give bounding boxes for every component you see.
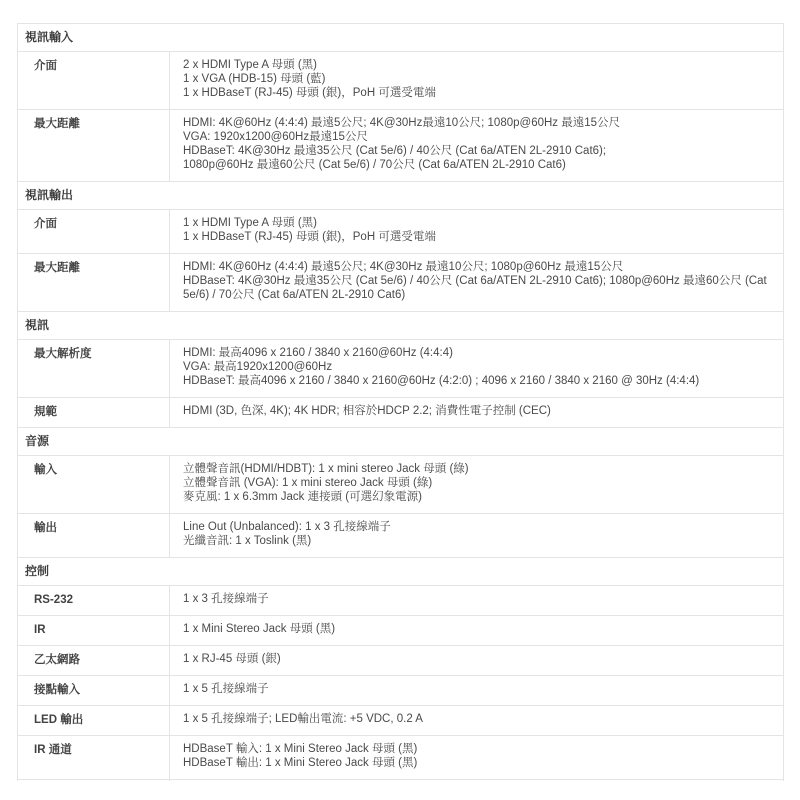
clipped-row-stub-value	[170, 780, 783, 781]
spec-line: 1 x Mini Stereo Jack 母頭 (黑)	[183, 622, 771, 636]
spec-line: 1080p@60Hz 最遠60公尺 (Cat 5e/6) / 70公尺 (Cat…	[183, 158, 771, 172]
spec-line: HDBaseT: 4K@30Hz 最遠35公尺 (Cat 5e/6) / 40公…	[183, 274, 771, 302]
spec-label: 最大距離	[18, 110, 170, 181]
spec-row-video-max-resolution: 最大解析度 HDMI: 最高4096 x 2160 / 3840 x 2160@…	[18, 339, 783, 397]
spec-row-control-rs232: RS-232 1 x 3 孔接線端子	[18, 585, 783, 615]
spec-row-control-ethernet: 乙太網路 1 x RJ-45 母頭 (銀)	[18, 645, 783, 675]
spec-line: HDBaseT: 最高4096 x 2160 / 3840 x 2160@60H…	[183, 374, 771, 388]
spec-value: 1 x 5 孔接線端子	[170, 676, 783, 705]
spec-value: 1 x HDMI Type A 母頭 (黑) 1 x HDBaseT (RJ-4…	[170, 210, 783, 253]
spec-row-control-ir: IR 1 x Mini Stereo Jack 母頭 (黑)	[18, 615, 783, 645]
spec-label: 介面	[18, 210, 170, 253]
section-header-video: 視訊	[18, 311, 783, 339]
spec-row-control-contact-input: 接點輸入 1 x 5 孔接線端子	[18, 675, 783, 705]
clipped-row-stub	[18, 779, 783, 781]
section-header-control: 控制	[18, 557, 783, 585]
spec-line: 麥克風: 1 x 6.3mm Jack 連接頭 (可選幻象電源)	[183, 490, 771, 504]
clipped-row-stub-label	[18, 780, 170, 781]
spec-line: HDMI: 4K@60Hz (4:4:4) 最遠5公尺; 4K@30Hz 最遠1…	[183, 260, 771, 274]
spec-value: 1 x RJ-45 母頭 (銀)	[170, 646, 783, 675]
spec-label: IR 通道	[18, 736, 170, 779]
spec-row-control-led-output: LED 輸出 1 x 5 孔接線端子; LED輸出電流: +5 VDC, 0.2…	[18, 705, 783, 735]
spec-label: 乙太網路	[18, 646, 170, 675]
spec-row-audio-input: 輸入 立體聲音訊(HDMI/HDBT): 1 x mini stereo Jac…	[18, 455, 783, 513]
spec-line: 1 x 5 孔接線端子	[183, 682, 771, 696]
spec-line: HDBaseT 輸出: 1 x Mini Stereo Jack 母頭 (黑)	[183, 756, 771, 770]
spec-line: HDMI: 4K@60Hz (4:4:4) 最遠5公尺; 4K@30Hz最遠10…	[183, 116, 771, 130]
spec-line: 1 x 3 孔接線端子	[183, 592, 771, 606]
spec-label: 輸出	[18, 514, 170, 557]
spec-row-video-input-max-distance: 最大距離 HDMI: 4K@60Hz (4:4:4) 最遠5公尺; 4K@30H…	[18, 109, 783, 181]
spec-label: 介面	[18, 52, 170, 109]
spec-value: 1 x 5 孔接線端子; LED輸出電流: +5 VDC, 0.2 A	[170, 706, 783, 735]
specification-table: 視訊輸入 介面 2 x HDMI Type A 母頭 (黑) 1 x VGA (…	[17, 23, 784, 781]
spec-value: HDMI: 4K@60Hz (4:4:4) 最遠5公尺; 4K@30Hz最遠10…	[170, 110, 783, 181]
spec-line: 1 x 5 孔接線端子; LED輸出電流: +5 VDC, 0.2 A	[183, 712, 771, 726]
spec-label: 最大解析度	[18, 340, 170, 397]
spec-value: Line Out (Unbalanced): 1 x 3 孔接線端子 光纖音訊:…	[170, 514, 783, 557]
spec-label: 最大距離	[18, 254, 170, 311]
spec-line: VGA: 1920x1200@60Hz最遠15公尺	[183, 130, 771, 144]
spec-line: HDBaseT 輸入: 1 x Mini Stereo Jack 母頭 (黑)	[183, 742, 771, 756]
spec-line: 1 x HDBaseT (RJ-45) 母頭 (銀)，PoH 可選受電端	[183, 230, 771, 244]
spec-row-audio-output: 輸出 Line Out (Unbalanced): 1 x 3 孔接線端子 光纖…	[18, 513, 783, 557]
section-header-video-output: 視訊輸出	[18, 181, 783, 209]
spec-row-video-output-max-distance: 最大距離 HDMI: 4K@60Hz (4:4:4) 最遠5公尺; 4K@30H…	[18, 253, 783, 311]
spec-line: 1 x RJ-45 母頭 (銀)	[183, 652, 771, 666]
spec-line: HDBaseT: 4K@30Hz 最遠35公尺 (Cat 5e/6) / 40公…	[183, 144, 771, 158]
spec-label: IR	[18, 616, 170, 645]
spec-line: HDMI: 最高4096 x 2160 / 3840 x 2160@60Hz (…	[183, 346, 771, 360]
spec-label: 規範	[18, 398, 170, 427]
spec-row-video-output-interface: 介面 1 x HDMI Type A 母頭 (黑) 1 x HDBaseT (R…	[18, 209, 783, 253]
spec-label: 接點輸入	[18, 676, 170, 705]
spec-line: 立體聲音訊 (VGA): 1 x mini stereo Jack 母頭 (綠)	[183, 476, 771, 490]
spec-value: 2 x HDMI Type A 母頭 (黑) 1 x VGA (HDB-15) …	[170, 52, 783, 109]
spec-value: 立體聲音訊(HDMI/HDBT): 1 x mini stereo Jack 母…	[170, 456, 783, 513]
spec-line: 光纖音訊: 1 x Toslink (黑)	[183, 534, 771, 548]
spec-label: 輸入	[18, 456, 170, 513]
spec-line: VGA: 最高1920x1200@60Hz	[183, 360, 771, 374]
spec-value: HDMI: 最高4096 x 2160 / 3840 x 2160@60Hz (…	[170, 340, 783, 397]
spec-line: 1 x HDMI Type A 母頭 (黑)	[183, 216, 771, 230]
spec-line: 2 x HDMI Type A 母頭 (黑)	[183, 58, 771, 72]
section-header-audio: 音源	[18, 427, 783, 455]
spec-row-video-specifications: 規範 HDMI (3D, 色深, 4K); 4K HDR; 相容於HDCP 2.…	[18, 397, 783, 427]
spec-line: Line Out (Unbalanced): 1 x 3 孔接線端子	[183, 520, 771, 534]
spec-row-control-ir-channel: IR 通道 HDBaseT 輸入: 1 x Mini Stereo Jack 母…	[18, 735, 783, 779]
spec-value: 1 x 3 孔接線端子	[170, 586, 783, 615]
spec-value: HDMI (3D, 色深, 4K); 4K HDR; 相容於HDCP 2.2; …	[170, 398, 783, 427]
spec-line: 1 x VGA (HDB-15) 母頭 (藍)	[183, 72, 771, 86]
spec-line: HDMI (3D, 色深, 4K); 4K HDR; 相容於HDCP 2.2; …	[183, 404, 771, 418]
spec-line: 立體聲音訊(HDMI/HDBT): 1 x mini stereo Jack 母…	[183, 462, 771, 476]
spec-value: HDMI: 4K@60Hz (4:4:4) 最遠5公尺; 4K@30Hz 最遠1…	[170, 254, 783, 311]
spec-label: LED 輸出	[18, 706, 170, 735]
spec-value: 1 x Mini Stereo Jack 母頭 (黑)	[170, 616, 783, 645]
section-header-video-input: 視訊輸入	[18, 24, 783, 51]
spec-label: RS-232	[18, 586, 170, 615]
spec-value: HDBaseT 輸入: 1 x Mini Stereo Jack 母頭 (黑) …	[170, 736, 783, 779]
spec-row-video-input-interface: 介面 2 x HDMI Type A 母頭 (黑) 1 x VGA (HDB-1…	[18, 51, 783, 109]
spec-line: 1 x HDBaseT (RJ-45) 母頭 (銀)，PoH 可選受電端	[183, 86, 771, 100]
